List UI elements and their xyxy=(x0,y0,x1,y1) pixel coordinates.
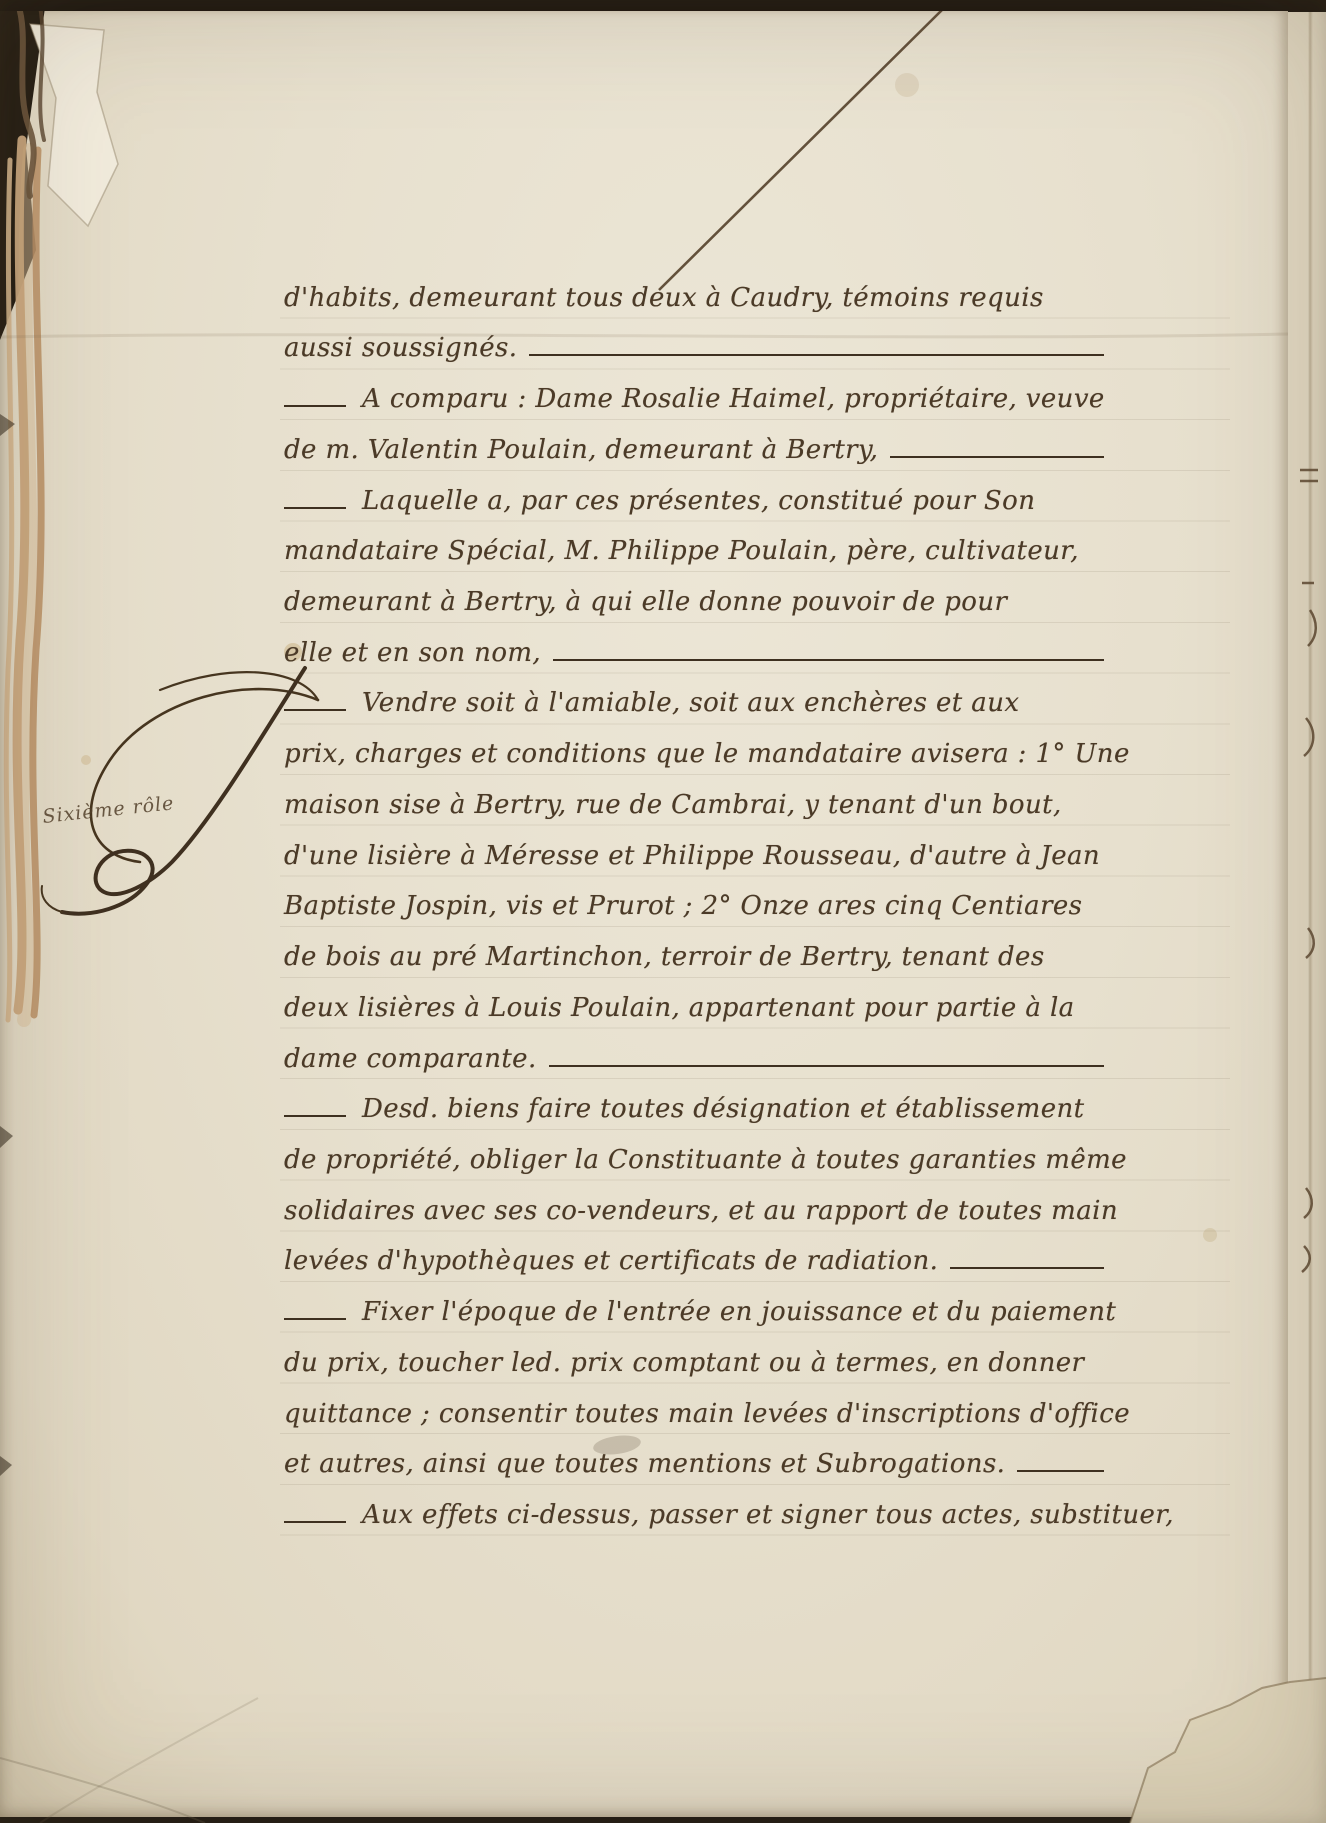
manuscript-line: de bois au pré Martinchon, terroir de Be… xyxy=(284,927,1104,978)
manuscript-line: solidaires avec ses co-vendeurs, et au r… xyxy=(284,1181,1104,1232)
line-text: Baptiste Jospin, vis et Prurot ; 2° Onze… xyxy=(284,891,1082,927)
paragraph-dash xyxy=(284,507,346,509)
line-text: Vendre soit à l'amiable, soit aux enchèr… xyxy=(362,688,1019,724)
filler-rule xyxy=(950,1267,1104,1269)
line-text: Desd. biens faire toutes désignation et … xyxy=(362,1094,1084,1130)
line-text: elle et en son nom, xyxy=(284,638,541,674)
manuscript-line: Vendre soit à l'amiable, soit aux enchèr… xyxy=(284,674,1104,725)
paragraph-dash xyxy=(284,1115,346,1117)
manuscript-line: du prix, toucher led. prix comptant ou à… xyxy=(284,1333,1104,1384)
manuscript-line: elle et en son nom, xyxy=(284,623,1104,674)
filler-rule xyxy=(890,456,1104,458)
manuscript-line: aussi soussignés. xyxy=(284,319,1104,370)
manuscript-line: levées d'hypothèques et certificats de r… xyxy=(284,1232,1104,1283)
manuscript-line: de m. Valentin Poulain, demeurant à Bert… xyxy=(284,420,1104,471)
torn-bottom-corner xyxy=(1130,1678,1326,1823)
filler-rule xyxy=(553,659,1104,661)
manuscript-line: A comparu : Dame Rosalie Haimel, proprié… xyxy=(284,369,1104,420)
line-text: quittance ; consentir toutes main levées… xyxy=(284,1399,1130,1435)
manuscript-line: prix, charges et conditions que le manda… xyxy=(284,724,1104,775)
line-text: dame comparante. xyxy=(284,1044,537,1080)
line-text: Fixer l'époque de l'entrée en jouissance… xyxy=(362,1297,1116,1333)
filler-rule xyxy=(549,1065,1104,1067)
manuscript-line: Laquelle a, par ces présentes, constitué… xyxy=(284,471,1104,522)
line-text: de propriété, obliger la Constituante à … xyxy=(284,1145,1127,1181)
line-text: A comparu : Dame Rosalie Haimel, proprié… xyxy=(362,384,1105,420)
manuscript-line: demeurant à Bertry, à qui elle donne pou… xyxy=(284,572,1104,623)
line-text: solidaires avec ses co-vendeurs, et au r… xyxy=(284,1196,1118,1232)
manuscript-line: Aux effets ci-dessus, passer et signer t… xyxy=(284,1485,1104,1536)
line-text: levées d'hypothèques et certificats de r… xyxy=(284,1246,938,1282)
line-text: prix, charges et conditions que le manda… xyxy=(284,739,1130,775)
line-text: Laquelle a, par ces présentes, constitué… xyxy=(362,486,1035,522)
line-text: d'habits, demeurant tous deux à Caudry, … xyxy=(284,283,1044,319)
scanned-notarial-page: { "page": { "margin_note": "Sixième rôle… xyxy=(0,0,1326,1823)
manuscript-line: quittance ; consentir toutes main levées… xyxy=(284,1384,1104,1435)
manuscript-line: mandataire Spécial, M. Philippe Poulain,… xyxy=(284,522,1104,573)
manuscript-line: Baptiste Jospin, vis et Prurot ; 2° Onze… xyxy=(284,877,1104,928)
filler-rule xyxy=(1017,1470,1104,1472)
manuscript-text-block: d'habits, demeurant tous deux à Caudry, … xyxy=(284,268,1104,1536)
line-text: Aux effets ci-dessus, passer et signer t… xyxy=(362,1500,1174,1536)
line-text: et autres, ainsi que toutes mentions et … xyxy=(284,1449,1005,1485)
manuscript-line: d'habits, demeurant tous deux à Caudry, … xyxy=(284,268,1104,319)
paragraph-dash xyxy=(284,405,346,407)
manuscript-line: maison sise à Bertry, rue de Cambrai, y … xyxy=(284,775,1104,826)
line-text: aussi soussignés. xyxy=(284,333,517,369)
manuscript-line: Desd. biens faire toutes désignation et … xyxy=(284,1080,1104,1131)
paragraph-dash xyxy=(284,1318,346,1320)
manuscript-line: et autres, ainsi que toutes mentions et … xyxy=(284,1435,1104,1486)
line-text: deux lisières à Louis Poulain, appartena… xyxy=(284,993,1075,1029)
line-text: demeurant à Bertry, à qui elle donne pou… xyxy=(284,587,1007,623)
manuscript-line: dame comparante. xyxy=(284,1029,1104,1080)
line-text: de m. Valentin Poulain, demeurant à Bert… xyxy=(284,435,878,471)
line-text: de bois au pré Martinchon, terroir de Be… xyxy=(284,942,1045,978)
pen-slash xyxy=(659,6,946,290)
paragraph-dash xyxy=(284,1521,346,1523)
scanner-edge-strip xyxy=(0,0,1326,11)
paragraph-dash xyxy=(284,709,346,711)
line-text: du prix, toucher led. prix comptant ou à… xyxy=(284,1348,1084,1384)
manuscript-line: Fixer l'époque de l'entrée en jouissance… xyxy=(284,1282,1104,1333)
line-text: d'une lisière à Méresse et Philippe Rous… xyxy=(284,841,1100,877)
line-text: maison sise à Bertry, rue de Cambrai, y … xyxy=(284,790,1062,826)
underpage-ink-marks xyxy=(1300,470,1318,1272)
manuscript-line: d'une lisière à Méresse et Philippe Rous… xyxy=(284,826,1104,877)
manuscript-line: deux lisières à Louis Poulain, appartena… xyxy=(284,978,1104,1029)
line-text: mandataire Spécial, M. Philippe Poulain,… xyxy=(284,536,1079,572)
manuscript-line: de propriété, obliger la Constituante à … xyxy=(284,1130,1104,1181)
filler-rule xyxy=(529,354,1104,356)
